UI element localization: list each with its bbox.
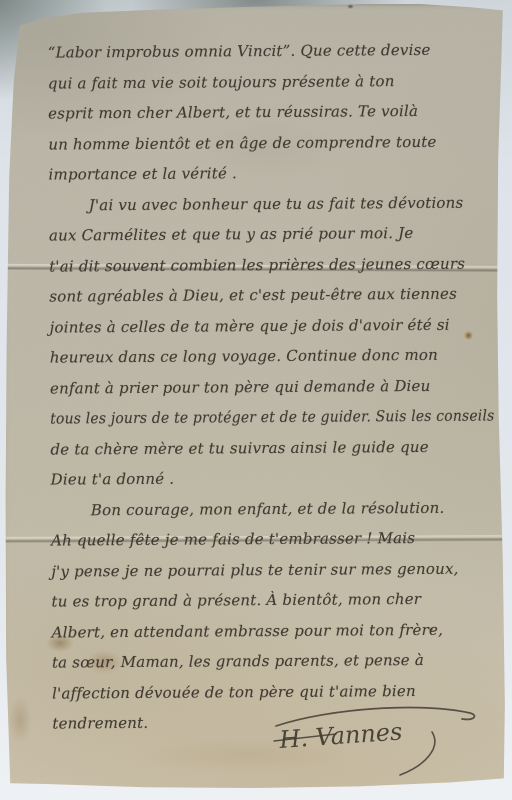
letter-line: qui a fait ma vie soit toujours présente… bbox=[48, 65, 486, 99]
letter-line: Bon courage, mon enfant, et de la résolu… bbox=[51, 492, 489, 526]
letter-line: de ta chère mère et tu suivras ainsi le … bbox=[50, 431, 488, 465]
letter-text: “Labor improbus omnia Vincit”. Que cette… bbox=[48, 34, 491, 739]
letter-line: ta sœur, Maman, les grands parents, et p… bbox=[52, 644, 490, 678]
letter-line: sont agréables à Dieu, et c'est peut-êtr… bbox=[49, 278, 487, 312]
letter-page: “Labor improbus omnia Vincit”. Que cette… bbox=[0, 0, 512, 800]
letter-line: heureux dans ce long voyage. Continue do… bbox=[50, 339, 488, 373]
letter-line: Dieu t'a donné . bbox=[51, 461, 489, 495]
letter-line: enfant à prier pour ton père qui demande… bbox=[50, 370, 488, 404]
letter-line: l'affection dévouée de ton père qui t'ai… bbox=[52, 675, 490, 709]
letter-line: tu es trop grand à présent. À bientôt, m… bbox=[51, 583, 489, 617]
letter-line: un homme bientôt et en âge de comprendre… bbox=[48, 126, 486, 160]
letter-line: aux Carmélites et que tu y as prié pour … bbox=[49, 217, 487, 251]
foxing-stain bbox=[8, 696, 32, 744]
letter-line: Albert, en attendant embrasse pour moi t… bbox=[52, 614, 490, 648]
letter-line: t'ai dit souvent combien les prières des… bbox=[49, 248, 487, 282]
letter-line: j'y pense je ne pourrai plus te tenir su… bbox=[51, 553, 489, 587]
discoloration bbox=[140, 738, 350, 772]
letter-line: esprit mon cher Albert, et tu réussiras.… bbox=[48, 95, 486, 129]
letter-line: jointes à celles de ta mère que je dois … bbox=[49, 309, 487, 343]
photo-backdrop: “Labor improbus omnia Vincit”. Que cette… bbox=[0, 0, 512, 800]
paper-speck bbox=[347, 4, 354, 9]
letter-line: J'ai vu avec bonheur que tu as fait tes … bbox=[49, 187, 487, 221]
signature-descender-icon bbox=[400, 732, 435, 775]
letter-line: tendrement. bbox=[52, 705, 490, 739]
letter-line: Ah quelle fête je me fais de t'embrasser… bbox=[51, 522, 489, 556]
letter-line: importance et la vérité . bbox=[48, 156, 486, 190]
letter-line: tous les jours de te protéger et de te g… bbox=[50, 401, 458, 434]
letter-line: “Labor improbus omnia Vincit”. Que cette… bbox=[48, 34, 486, 68]
